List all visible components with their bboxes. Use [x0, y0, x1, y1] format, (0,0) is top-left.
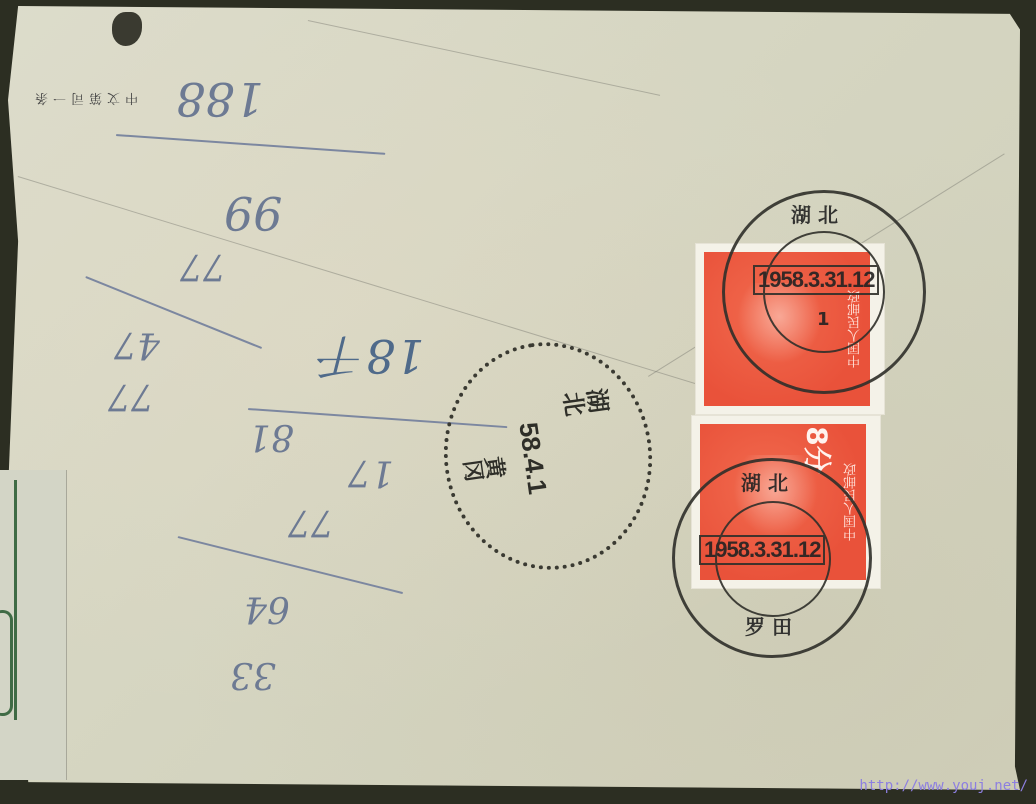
- pencil-sum-line: [116, 134, 385, 155]
- pencil-sum-line: [85, 276, 262, 349]
- pencil-number: 99: [224, 186, 283, 240]
- postmark-date: 58.4.1: [512, 420, 553, 496]
- green-border-pattern: [0, 480, 17, 720]
- ink-blot: [112, 12, 142, 46]
- postmark-date: 1958.3.31.12: [753, 265, 879, 295]
- postmark-place: 湖北: [560, 379, 612, 420]
- pencil-total: 188: [176, 72, 264, 126]
- pencil-number: 17: [348, 452, 394, 493]
- watermark-url: http://www.youj.net/: [859, 778, 1028, 794]
- pencil-sum-line: [178, 536, 404, 594]
- postmark-office: 黄冈: [460, 449, 508, 486]
- postmark-date: 1958.3.31.12: [699, 535, 825, 565]
- transit-postmark: 湖北 58.4.1 黄冈: [429, 329, 667, 584]
- pencil-number: 77: [108, 376, 154, 417]
- dated-postmark: 湖 北 1958.3.31.12 1: [722, 190, 926, 394]
- pencil-number: 33: [230, 654, 276, 695]
- pencil-number: 47: [114, 324, 160, 365]
- torn-envelope-edge: [0, 470, 67, 780]
- printed-mark: 中文第司一条: [30, 90, 138, 109]
- pencil-number: 77: [288, 502, 334, 543]
- pencil-number: 64: [244, 588, 290, 629]
- postmark-sub: 1: [817, 309, 830, 330]
- pencil-number: 81: [248, 416, 294, 457]
- flap-tear-line: [308, 20, 660, 96]
- envelope-back: 中文第司一条 188 99 77 47 77 18千 81 17 77 64 3…: [8, 6, 1020, 790]
- postmark-place: 湖 北: [741, 467, 788, 496]
- pencil-note: 18千: [320, 326, 425, 392]
- dated-postmark: 湖 北 1958.3.31.12 罗 田: [672, 458, 872, 658]
- postmark-place: 湖 北: [791, 199, 838, 228]
- pencil-number: 77: [180, 246, 226, 287]
- postmark-place: 罗 田: [745, 611, 792, 640]
